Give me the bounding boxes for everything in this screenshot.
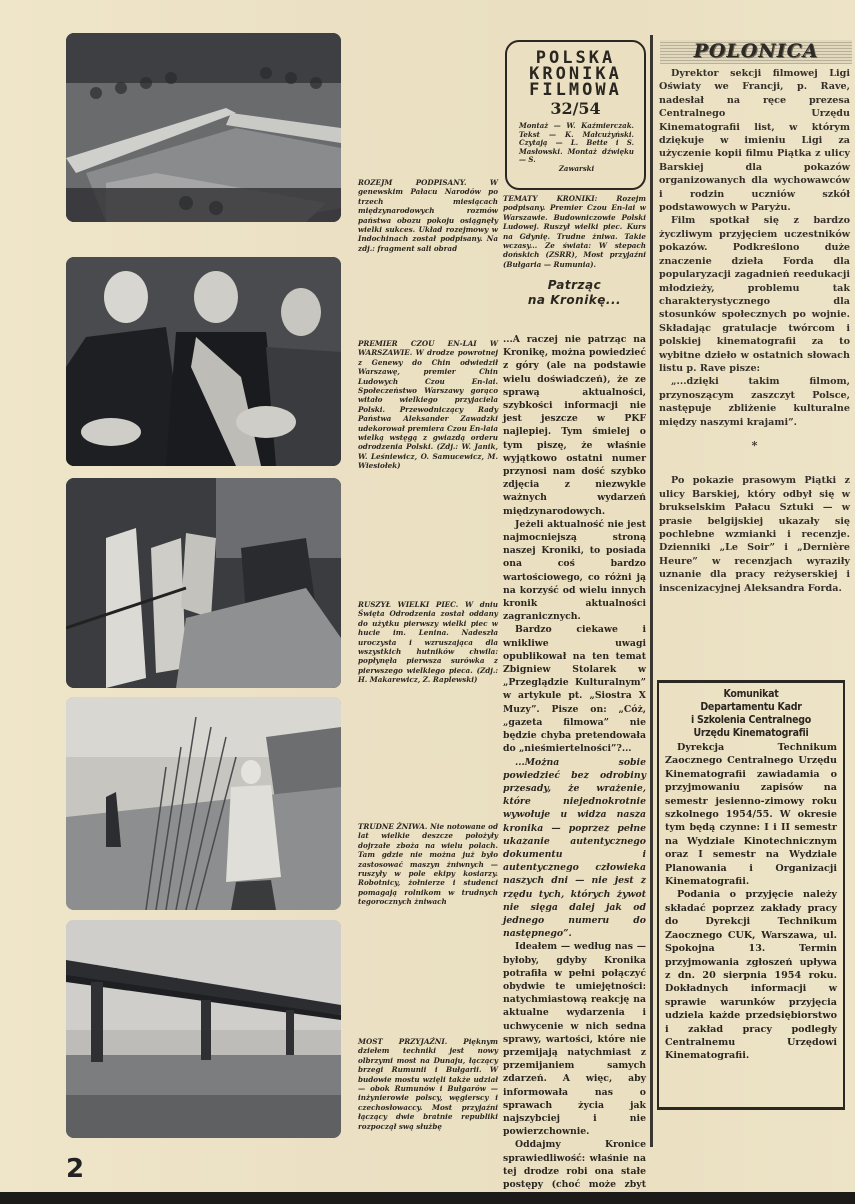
article-paragraph: ...A raczej nie patrząc na Kronikę, możn…: [503, 333, 646, 518]
polonica-paragraph: Dyrektor sekcji filmowej Ligi Oświaty we…: [659, 67, 850, 214]
photo-chou-en-lai: [66, 257, 341, 466]
komunikat-title-line: Departamentu Kadr: [677, 700, 825, 713]
caption-harvest: TRUDNE ŻNIWA. Nie notowane od lat wielki…: [358, 822, 498, 907]
caption-title: RUSZYŁ WIELKI PIEC.: [358, 600, 458, 609]
polonica-paragraph: „...dzięki takim filmom, przynoszącym za…: [659, 375, 850, 429]
newsreel-themes: TEMATY KRONIKI: Rozejm podpisany. Premie…: [503, 194, 646, 269]
komunikat-title-line: Komunikat: [677, 687, 825, 700]
pkf-credits-text: Montaż — W. Kaźmierczak. Tekst — K. Małc…: [519, 121, 634, 164]
caption-armistice: ROZEJM PODPISANY. W genewskim Pałacu Nar…: [358, 178, 498, 253]
column-divider: [650, 35, 653, 1147]
photo-friendship-bridge: [66, 920, 341, 1138]
article-title: Patrząc na Kronikę...: [503, 278, 646, 308]
caption-text: Nie notowane od lat wielkie deszcze poło…: [358, 822, 498, 906]
polonica-paragraph: Po pokazie prasowym Piątki z ulicy Barsk…: [659, 474, 850, 595]
caption-text: Pięknym dziełem techniki jest nowy olbrz…: [358, 1037, 498, 1131]
article-body: ...A raczej nie patrząc na Kronikę, możn…: [503, 333, 646, 1204]
article-paragraph: Bardzo ciekawe i wnikliwe uwagi opubliko…: [503, 623, 646, 755]
polonica-body: Dyrektor sekcji filmowej Ligi Oświaty we…: [659, 67, 850, 595]
caption-text: W genewskim Pałacu Narodów po trzech mie…: [358, 178, 498, 253]
photo-blast-furnace: [66, 478, 341, 688]
star-separator-icon: *: [659, 439, 850, 452]
caption-title: TRUDNE ŻNIWA.: [358, 822, 427, 831]
article-paragraph: ...Można sobie powiedzieć bez odrobiny p…: [503, 756, 646, 941]
photo-harvest: [66, 697, 341, 910]
article-title-line-2: na Kronikę...: [503, 293, 646, 308]
caption-friendship-bridge: MOST PRZYJAŹNI. Pięknym dziełem techniki…: [358, 1037, 498, 1131]
caption-text: W drodze powrotnej z Genewy do Chin odwi…: [358, 348, 498, 470]
caption-title: ROZEJM PODPISANY.: [358, 178, 466, 187]
caption-chou-en-lai: PREMIER CZOU EN-LAI W WARSZAWIE. W drodz…: [358, 339, 498, 471]
pkf-credits-last: Zawarski: [519, 165, 634, 174]
komunikat-title: Komunikat Departamentu Kadr i Szkolenia …: [677, 687, 825, 739]
page-number: 2: [66, 1154, 84, 1184]
polonica-paragraph: Film spotkał się z bardzo życzliwym przy…: [659, 214, 850, 375]
article-title-line-1: Patrząc: [503, 278, 646, 293]
photo-geneva-conference: [66, 33, 341, 222]
pkf-issue-number: 32/54: [507, 99, 644, 118]
komunikat-title-line: Urzędu Kinematografii: [677, 726, 825, 739]
komunikat-paragraph: Podania o przyjęcie należy składać poprz…: [665, 888, 837, 1062]
caption-blast-furnace: RUSZYŁ WIELKI PIEC. W dniu Święta Odrodz…: [358, 600, 498, 685]
article-paragraph: Jeżeli aktualność nie jest najmocniejszą…: [503, 518, 646, 624]
komunikat-title-line: i Szkolenia Centralnego: [677, 713, 825, 726]
pkf-masthead-box: POLSKA KRONIKA FILMOWA 32/54 Montaż — W.…: [505, 40, 646, 190]
caption-title: MOST PRZYJAŹNI.: [358, 1037, 447, 1046]
magazine-page: ROZEJM PODPISANY. W genewskim Pałacu Nar…: [0, 0, 855, 1204]
komunikat-paragraph: Dyrekcja Technikum Zaocznego Centralnego…: [665, 741, 837, 888]
article-paragraph: Ideałem — według nas — byłoby, gdyby Kro…: [503, 940, 646, 1138]
komunikat-body: Dyrekcja Technikum Zaocznego Centralnego…: [665, 741, 837, 1063]
komunikat-box: Komunikat Departamentu Kadr i Szkolenia …: [657, 680, 845, 1110]
pkf-credits: Montaż — W. Kaźmierczak. Tekst — K. Małc…: [507, 118, 644, 174]
polonica-heading: POLONICA: [660, 40, 852, 64]
scan-bottom-edge: [0, 1192, 855, 1204]
pkf-title-line-3: FILMOWA: [507, 82, 644, 98]
caption-text: W dniu Święta Odrodzenia został oddany d…: [358, 600, 498, 684]
